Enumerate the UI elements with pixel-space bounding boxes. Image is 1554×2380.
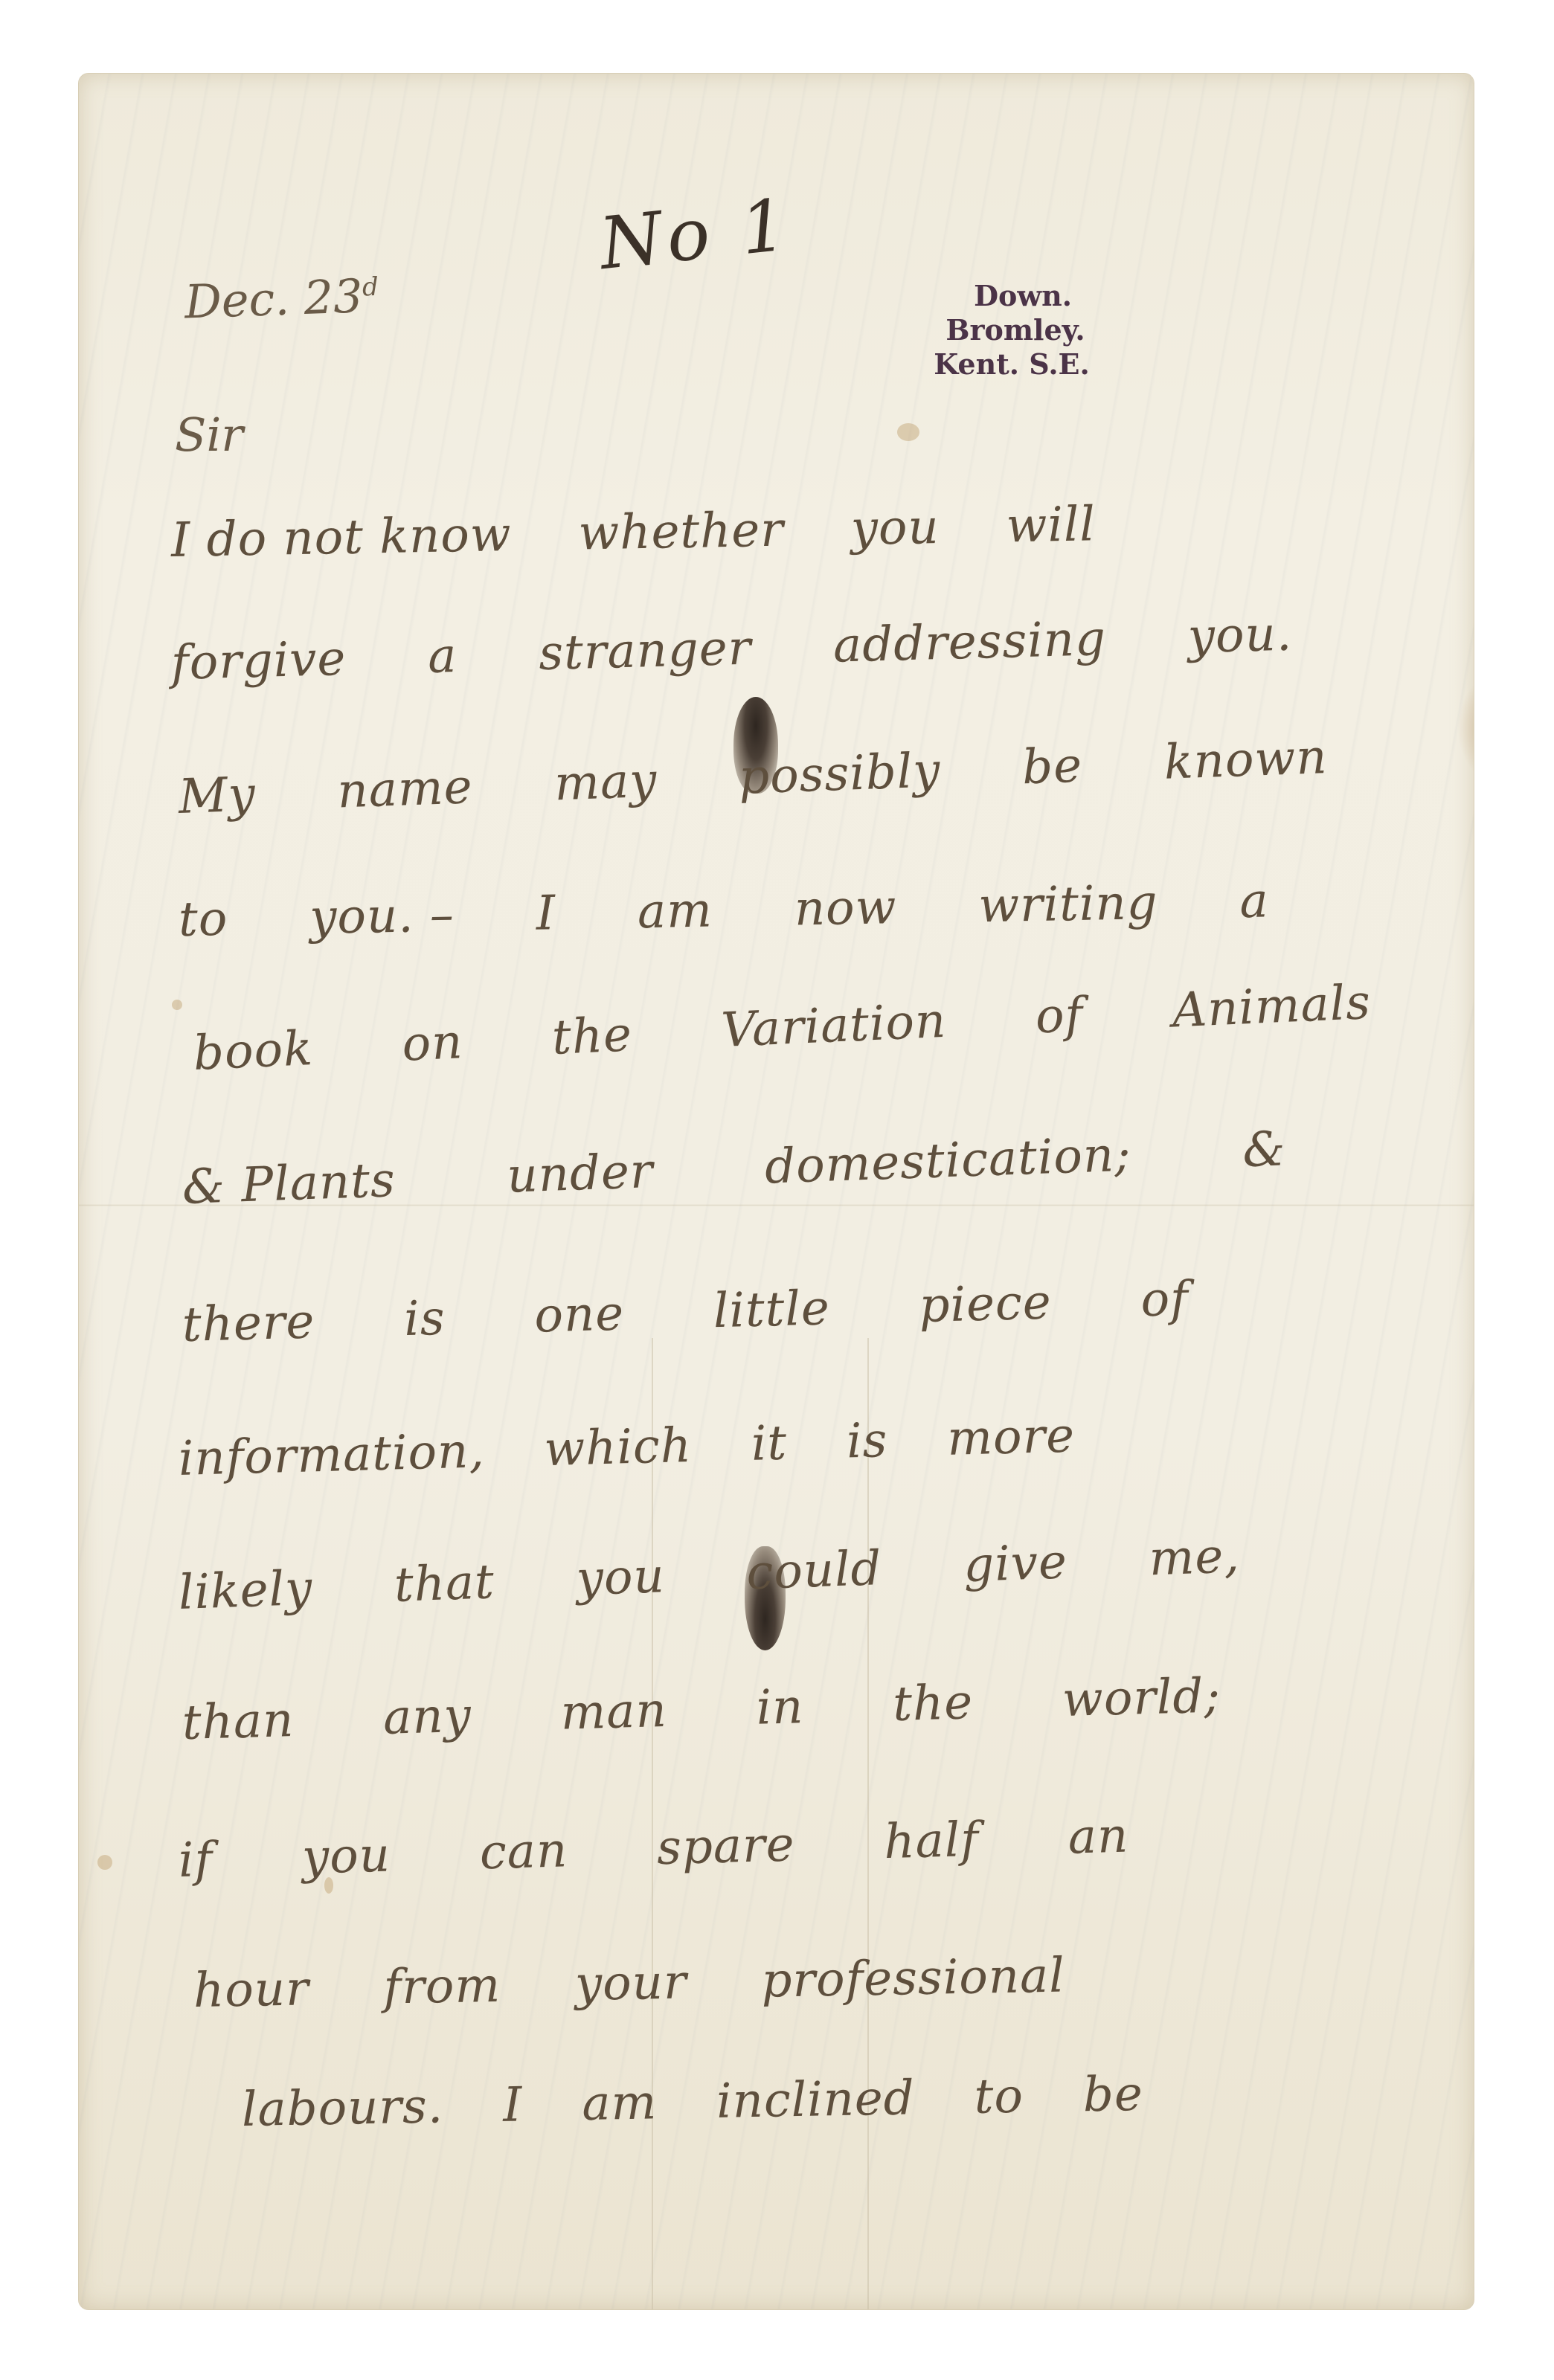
handwritten-word: a [1239,873,1269,929]
handwritten-word: & [1242,1122,1287,1178]
handwritten-word: hour [193,1961,309,2019]
handwritten-word: world; [1062,1668,1221,1728]
handwritten-word: whether [578,503,785,562]
handwritten-word: the [892,1675,974,1732]
handwritten-word: piece [919,1275,1053,1334]
handwritten-word: give [963,1534,1068,1593]
handwritten-word: book [192,1021,314,1081]
handwritten-word: am [637,883,713,939]
page-number-marker: No 1 [596,183,795,286]
handwritten-word: of [1034,988,1084,1045]
handwritten-word: be [1082,2067,1143,2123]
handwritten-word: could [745,1541,883,1601]
handwritten-word: information, [178,1424,485,1487]
letterhead-address: Down. Bromley. Kent. S.E. [878,279,1146,382]
handwritten-word: of [1140,1272,1189,1328]
handwritten-word: Animals [1171,975,1372,1039]
handwritten-word: you [575,1548,665,1606]
handwritten-word: you [301,1828,391,1885]
handwritten-word: on [401,1014,464,1072]
handwritten-word: half [883,1813,979,1870]
handwritten-word: Variation [720,994,948,1058]
handwritten-word: little [713,1281,831,1339]
handwritten-word: is [403,1291,446,1347]
handwritten-word: from [383,1958,501,2016]
salutation: Sir [175,408,243,462]
handwritten-word: one [533,1286,625,1343]
handwritten-word: be [1021,739,1083,796]
handwritten-word: spare [656,1817,795,1876]
date-suffix: d [362,272,379,303]
letterhead-line: Down. [900,279,1146,313]
handwritten-word: addressing [832,611,1107,674]
foxing-spot [172,1000,182,1010]
handwritten-word: in [756,1679,805,1736]
handwritten-word: there [182,1294,315,1353]
handwritten-word: to [178,892,228,948]
handwritten-word: now [794,880,897,936]
handwritten-word: man [560,1683,668,1741]
handwritten-word: that [394,1554,495,1613]
handwritten-word: your [574,1955,687,2012]
handwritten-word: stranger [538,621,752,681]
handwritten-word: under [506,1144,654,1204]
handwritten-word: me, [1148,1528,1240,1586]
handwritten-word: known [1163,730,1329,791]
handwritten-word: may [553,753,658,812]
handwritten-word: My [178,767,257,825]
handwritten-word: more [946,1408,1076,1466]
handwritten-word: will [1006,497,1096,553]
handwritten-word: you [850,500,940,556]
handwritten-word: you. [1187,607,1293,665]
letter-date: Dec. 23d [184,268,380,329]
handwritten-word: is [846,1413,888,1469]
handwritten-word: professional [761,1949,1065,2009]
handwritten-word: you. – [309,888,455,945]
handwritten-word: which [543,1418,692,1477]
handwritten-word: forgive [170,631,347,691]
foxing-spot [97,1855,112,1870]
handwritten-word: can [479,1823,568,1880]
handwritten-word: a [427,628,457,684]
letterhead-line: Bromley. [885,313,1146,347]
handwritten-word: if [178,1833,213,1888]
handwritten-word: I [536,886,556,941]
handwritten-word: than [182,1693,295,1751]
handwritten-word: am [582,2075,658,2132]
letterhead-line: Kent. S.E. [878,347,1146,382]
handwritten-word: I do not know [170,507,512,568]
handwritten-word: inclined [716,2071,916,2129]
handwritten-word: to [974,2069,1024,2125]
handwritten-word: I [502,2077,523,2132]
handwritten-word: it [751,1416,788,1472]
handwritten-word: the [550,1007,633,1066]
date-text: Dec. 23 [184,268,364,329]
handwritten-word: name [336,759,473,819]
handwritten-word: an [1067,1809,1129,1865]
handwritten-word: writing [978,875,1158,933]
handwritten-word: & Plants [182,1153,396,1215]
handwritten-word: any [382,1688,472,1746]
foxing-spot [897,423,919,441]
handwritten-word: labours. [241,2079,443,2138]
handwritten-word: likely [178,1561,314,1621]
handwritten-word: possibly [738,743,942,805]
